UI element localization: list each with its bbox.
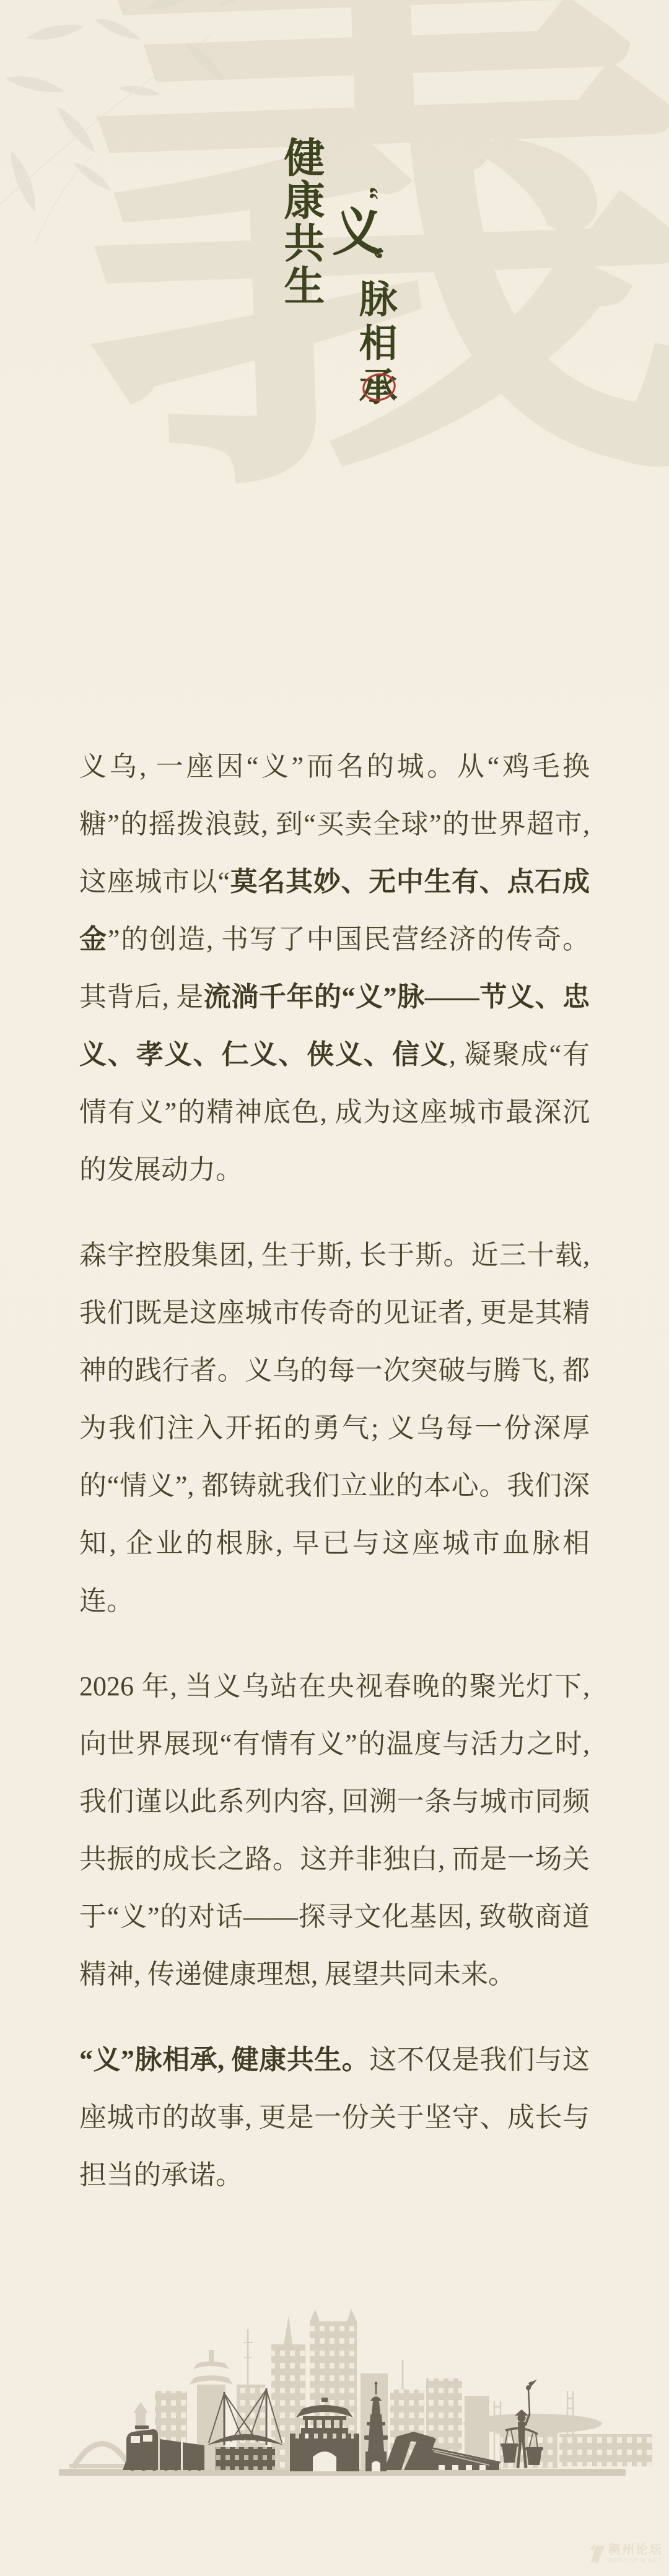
body-paragraph: “义”脉相承, 健康共生。这不仅是我们与这座城市的故事, 更是一份关于坚守、成长… [79,2031,590,2204]
title-close-quote: ” [358,247,388,260]
paragraph-text: 2026 年, 当义乌站在央视春晚的聚光灯下, 向世界展现“有情有义”的温度与活… [79,1671,590,1989]
emphasis-text: “义”脉相承, 健康共生。 [79,2045,369,2075]
body-text: 义乌, 一座因“义”而名的城。从“鸡毛换糖”的摇拨浪鼓, 到“买卖全球”的世界超… [79,738,590,2204]
forum-logo-icon [590,2543,606,2564]
body-paragraph: 森宇控股集团, 生于斯, 长于斯。近三十载, 我们既是这座城市传奇的见证者, 更… [79,1226,590,1630]
body-paragraph: 2026 年, 当义乌站在央视春晚的聚光灯下, 向世界展现“有情有义”的温度与活… [79,1657,590,2003]
corner-watermark: 稠州论坛 BBS.CNYW.NET [590,2543,663,2565]
watermark-site-url: BBS.CNYW.NET [608,2557,663,2565]
title-left-column: 健康共生 [271,136,330,307]
paragraph-text: 森宇控股集团, 生于斯, 长于斯。近三十载, 我们既是这座城市传奇的见证者, 更… [79,1240,590,1616]
poster-page: 義 健康共生 “ 义 ” 脉相承 义乌, 一座因“义”而名的城。从“鸡毛换糖”的… [0,0,669,2576]
city-skyline-illustration [0,2286,669,2484]
watermark-site-name: 稠州论坛 [608,2543,663,2557]
body-paragraph: 义乌, 一座因“义”而名的城。从“鸡毛换糖”的摇拨浪鼓, 到“买卖全球”的世界超… [79,738,590,1198]
